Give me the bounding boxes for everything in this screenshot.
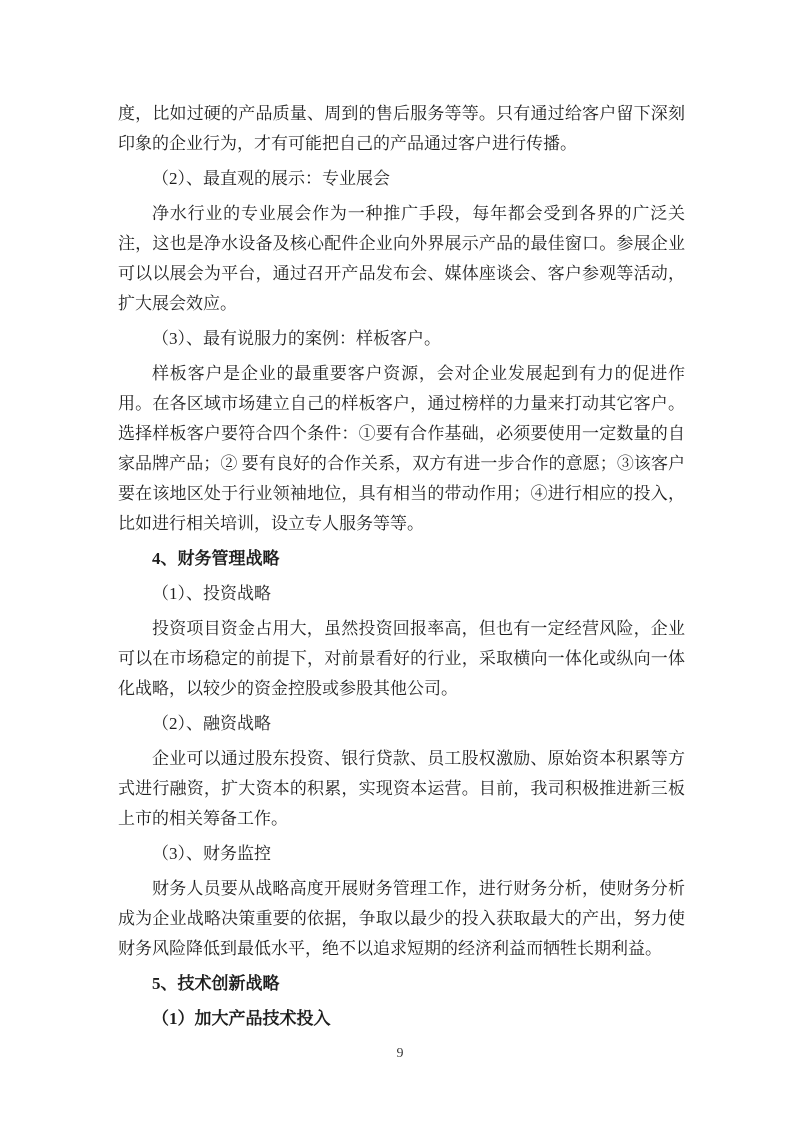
paragraph: 企业可以通过股东投资、银行贷款、员工股权激励、原始资本积累等方式进行融资，扩大资… bbox=[118, 744, 685, 834]
paragraph: 净水行业的专业展会作为一种推广手段，每年都会受到各界的广泛关注，这也是净水设备及… bbox=[118, 199, 685, 319]
paragraph-continuation: 度，比如过硬的产品质量、周到的售后服务等等。只有通过给客户留下深刻印象的企业行为… bbox=[118, 99, 685, 159]
sub-heading-financing: （2）、融资战略 bbox=[118, 709, 685, 739]
sub-heading-tech-investment: （1）加大产品技术投入 bbox=[118, 1004, 685, 1034]
section-heading-finance: 4、财务管理战略 bbox=[118, 544, 685, 574]
sub-heading-exhibition: （2）、最直观的展示：专业展会 bbox=[118, 164, 685, 194]
section-heading-tech-innovation: 5、技术创新战略 bbox=[118, 969, 685, 999]
sub-heading-investment: （1）、投资战略 bbox=[118, 579, 685, 609]
page-number: 9 bbox=[397, 1046, 404, 1061]
paragraph: 财务人员要从战略高度开展财务管理工作，进行财务分析，使财务分析成为企业战略决策重… bbox=[118, 874, 685, 964]
sub-heading-sample-customers: （3）、最有说服力的案例：样板客户。 bbox=[118, 324, 685, 354]
document-body: 度，比如过硬的产品质量、周到的售后服务等等。只有通过给客户留下深刻印象的企业行为… bbox=[118, 94, 685, 1039]
sub-heading-monitoring: （3）、财务监控 bbox=[118, 839, 685, 869]
paragraph: 样板客户是企业的最重要客户资源，会对企业发展起到有力的促进作用。在各区域市场建立… bbox=[118, 359, 685, 539]
document-page: 度，比如过硬的产品质量、周到的售后服务等等。只有通过给客户留下深刻印象的企业行为… bbox=[0, 0, 800, 1131]
paragraph: 投资项目资金占用大，虽然投资回报率高，但也有一定经营风险，企业可以在市场稳定的前… bbox=[118, 614, 685, 704]
page-footer: 9 bbox=[0, 1044, 800, 1062]
